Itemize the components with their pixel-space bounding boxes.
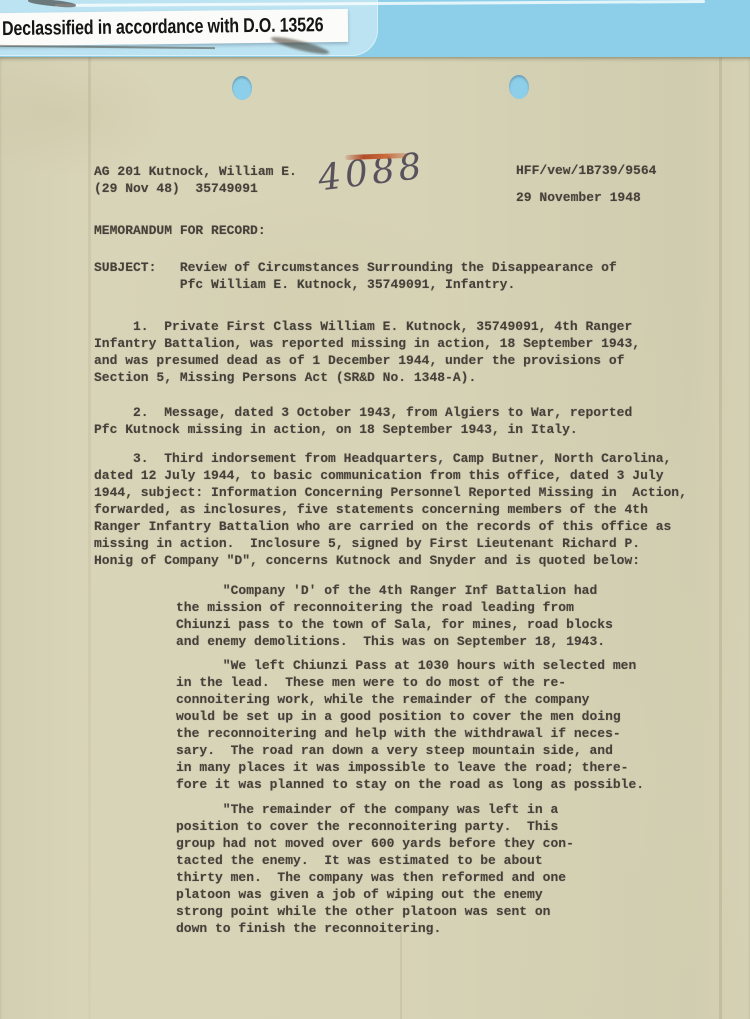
quoted-statement-3: "The remainder of the company was left i…: [176, 801, 574, 937]
office-reference: HFF/vew/1B739/9564: [516, 162, 656, 179]
paragraph-2: 2. Message, dated 3 October 1943, from A…: [94, 404, 632, 438]
quoted-statement-2: "We left Chiunzi Pass at 1030 hours with…: [176, 657, 644, 793]
file-reference-block: AG 201 Kutnock, William E. (29 Nov 48) 3…: [94, 163, 297, 197]
document-date: 29 November 1948: [516, 189, 641, 206]
scanned-document-page: Declassified in accordance with D.O. 135…: [0, 0, 750, 1019]
punch-hole-left: [231, 75, 253, 100]
punch-hole-right: [508, 74, 530, 99]
paper-crease-bottom: [400, 930, 402, 1019]
paper-fold-right: [719, 57, 722, 1019]
paragraph-3: 3. Third indorsement from Headquarters, …: [94, 450, 687, 569]
subject-line: SUBJECT: Review of Circumstances Surroun…: [94, 259, 617, 293]
paragraph-1: 1. Private First Class William E. Kutnoc…: [94, 318, 640, 386]
memo-heading: MEMORANDUM FOR RECORD:: [94, 222, 266, 239]
paper-fold-left: [88, 57, 91, 1019]
quoted-statement-1: "Company 'D' of the 4th Ranger Inf Batta…: [176, 582, 613, 650]
